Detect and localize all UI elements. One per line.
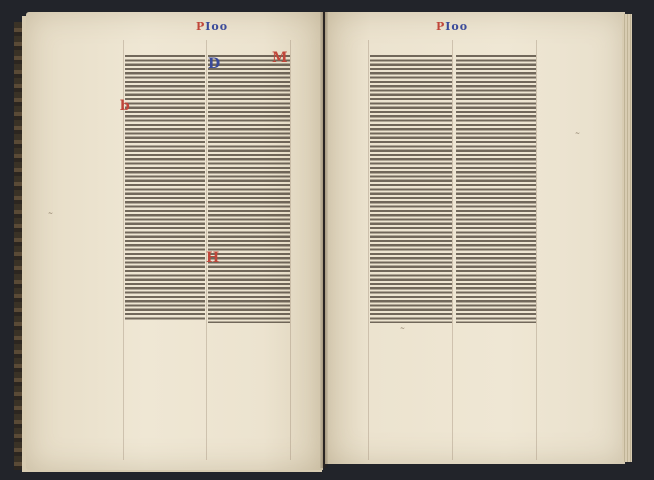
running-head-text: Ioo [205,20,228,33]
running-head-text: Ioo [445,20,468,33]
ruling-line [536,40,537,460]
left-text-column-1 [125,55,205,320]
left-text-column-2 [208,55,290,323]
ruling-line [452,40,453,460]
right-text-column-1 [370,55,452,323]
right-page-edge [622,14,632,462]
initial-letter: H [206,250,219,266]
marginal-note: ~ [575,130,580,137]
left-running-head: PIoo [196,20,228,33]
marginal-note: ~ [48,210,53,217]
gutter [320,12,328,468]
right-text-column-2 [456,55,536,323]
initial-letter: b [120,98,130,114]
running-head-prefix: P [436,20,445,33]
ruling-line [290,40,291,460]
ruling-line [368,40,369,460]
marginal-note: ~ [400,325,405,332]
running-head-prefix: P [196,20,205,33]
initial-letter: M [272,50,288,66]
initial-letter: D [208,56,220,72]
right-running-head: PIoo [436,20,468,33]
